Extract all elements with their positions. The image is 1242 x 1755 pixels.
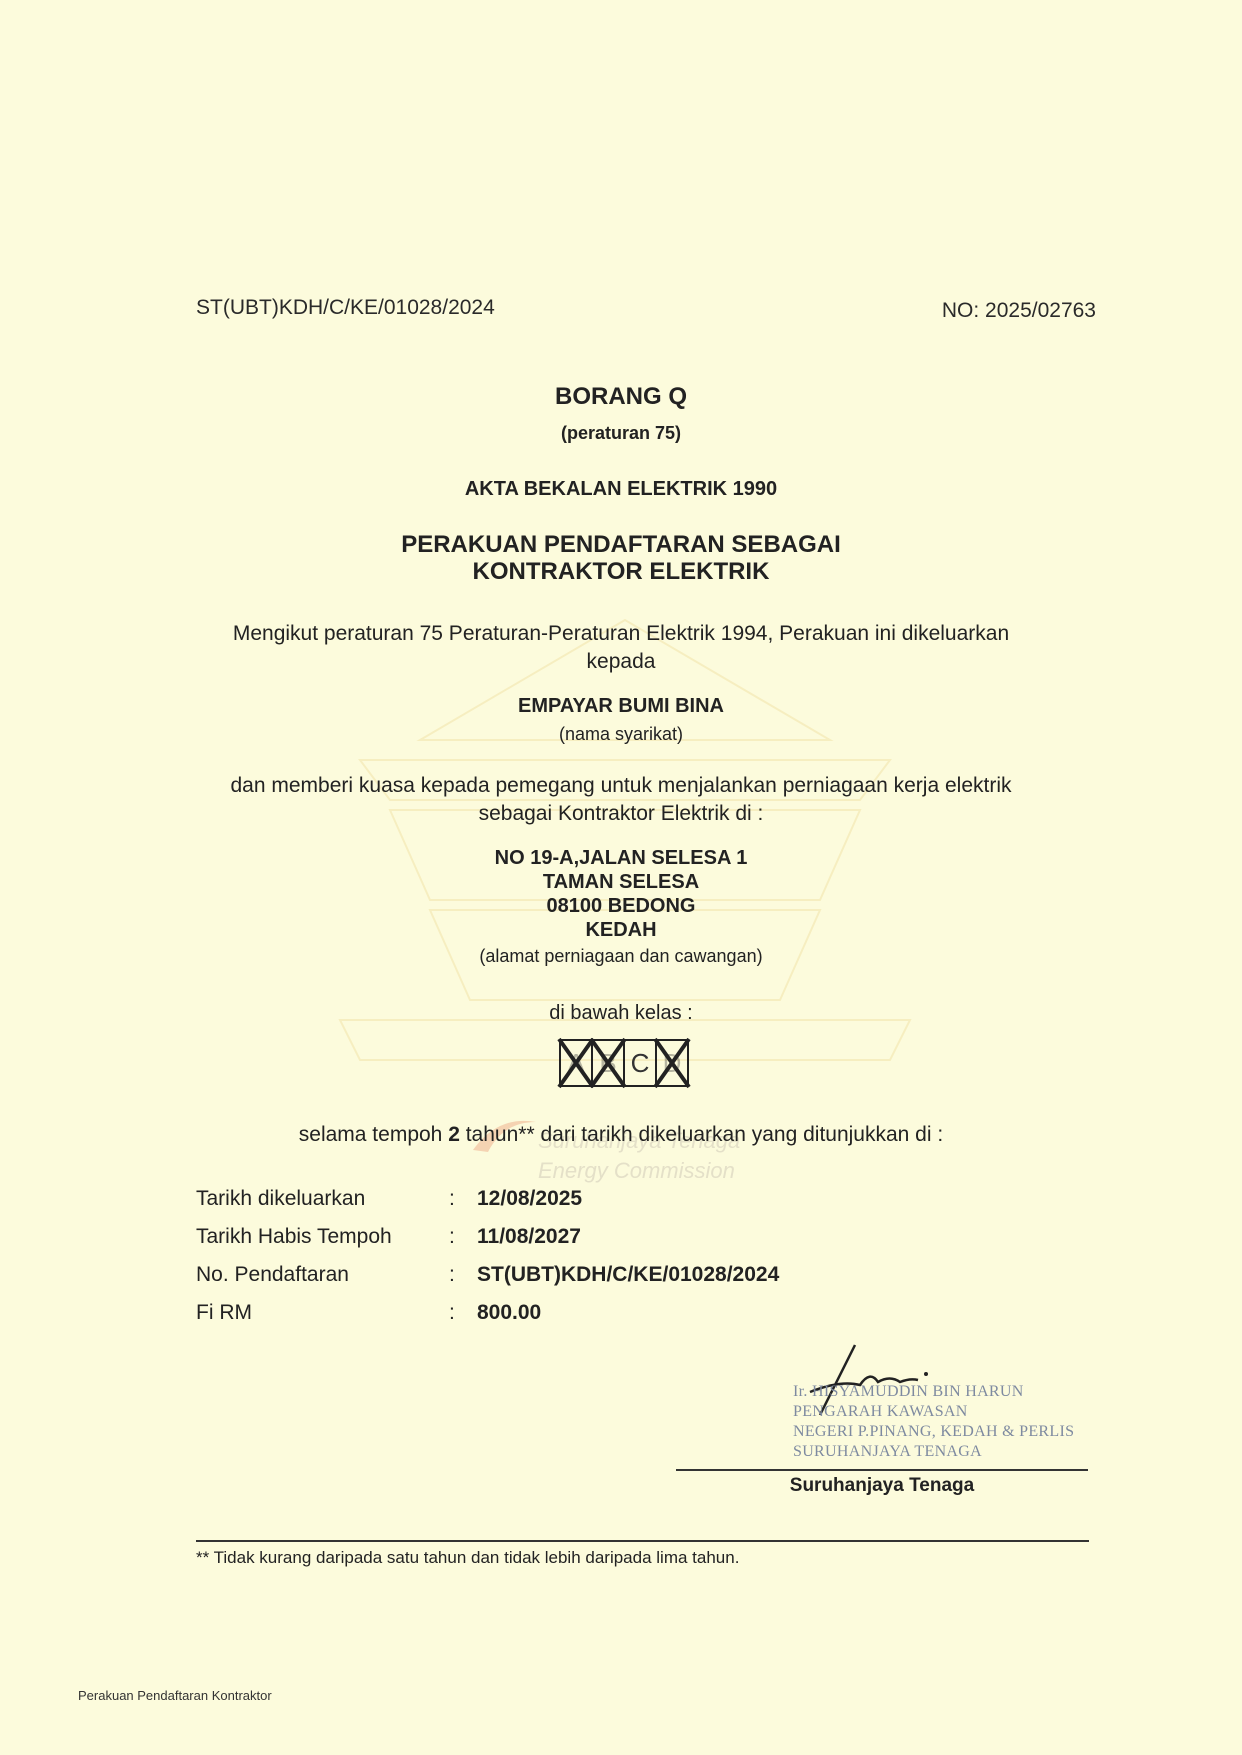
period-years: 2 (448, 1123, 460, 1146)
page-footer: Perakuan Pendaftaran Kontraktor (78, 1688, 272, 1703)
class-box-b: B (593, 1041, 625, 1085)
intro-line-2: kepada (0, 648, 1242, 676)
detail-value: 800.00 (477, 1301, 541, 1325)
detail-row-issue-date: Tarikh dikeluarkan : 12/08/2025 (196, 1180, 779, 1218)
business-address: NO 19-A,JALAN SELESA 1 TAMAN SELESA 0810… (0, 846, 1242, 942)
stamp-line: SURUHANJAYA TENAGA (793, 1442, 1074, 1462)
stamp-line: NEGERI P.PINANG, KEDAH & PERLIS (793, 1422, 1074, 1442)
period-suffix: tahun** dari tarikh dikeluarkan yang dit… (460, 1123, 943, 1146)
detail-row-fee: Fi RM : 800.00 (196, 1294, 779, 1332)
class-letter: C (631, 1048, 650, 1078)
act-title: AKTA BEKALAN ELEKTRIK 1990 (0, 478, 1242, 501)
address-line: TAMAN SELESA (0, 870, 1242, 894)
company-name: EMPAYAR BUMI BINA (0, 695, 1242, 718)
detail-value: 12/08/2025 (477, 1187, 582, 1211)
detail-colon: : (449, 1263, 477, 1287)
authorization-paragraph: dan memberi kuasa kepada pemegang untuk … (0, 772, 1242, 828)
intro-paragraph: Mengikut peraturan 75 Peraturan-Peratura… (0, 620, 1242, 676)
detail-colon: : (449, 1225, 477, 1249)
detail-colon: : (449, 1301, 477, 1325)
detail-value: 11/08/2027 (477, 1225, 581, 1249)
certificate-heading: PERAKUAN PENDAFTARAN SEBAGAI KONTRAKTOR … (0, 531, 1242, 585)
period-prefix: selama tempoh (299, 1123, 448, 1146)
cross-out-icon (589, 1037, 627, 1089)
detail-colon: : (449, 1187, 477, 1211)
cross-out-icon (653, 1037, 691, 1089)
intro-line-1: Mengikut peraturan 75 Peraturan-Peratura… (0, 620, 1242, 648)
auth-line-2: sebagai Kontraktor Elektrik di : (0, 800, 1242, 828)
address-line: KEDAH (0, 918, 1242, 942)
form-title: BORANG Q (0, 383, 1242, 411)
company-name-note: (nama syarikat) (0, 724, 1242, 745)
contractor-class-boxes: ABCD (0, 1039, 1242, 1087)
signatory-stamp: Ir. HISYAMUDDIN BIN HARUN PENGARAH KAWAS… (793, 1382, 1074, 1462)
detail-label: Tarikh dikeluarkan (196, 1187, 449, 1211)
detail-row-registration-no: No. Pendaftaran : ST(UBT)KDH/C/KE/01028/… (196, 1256, 779, 1294)
heading-line-1: PERAKUAN PENDAFTARAN SEBAGAI (0, 531, 1242, 558)
regulation-subtitle: (peraturan 75) (0, 423, 1242, 444)
detail-label: No. Pendaftaran (196, 1263, 449, 1287)
detail-row-expiry-date: Tarikh Habis Tempoh : 11/08/2027 (196, 1218, 779, 1256)
address-line: 08100 BEDONG (0, 894, 1242, 918)
address-line: NO 19-A,JALAN SELESA 1 (0, 846, 1242, 870)
auth-line-1: dan memberi kuasa kepada pemegang untuk … (0, 772, 1242, 800)
stamp-line: PENGARAH KAWASAN (793, 1402, 1074, 1422)
footnote-divider (196, 1540, 1089, 1542)
class-label: di bawah kelas : (0, 1002, 1242, 1025)
address-note: (alamat perniagaan dan cawangan) (0, 946, 1242, 967)
reference-number: ST(UBT)KDH/C/KE/01028/2024 (196, 296, 495, 320)
detail-label: Tarikh Habis Tempoh (196, 1225, 449, 1249)
certificate-details: Tarikh dikeluarkan : 12/08/2025 Tarikh H… (196, 1180, 779, 1332)
detail-label: Fi RM (196, 1301, 449, 1325)
certificate-number: NO: 2025/02763 (942, 299, 1096, 323)
heading-line-2: KONTRAKTOR ELEKTRIK (0, 558, 1242, 585)
signature-line (676, 1469, 1088, 1471)
footnote: ** Tidak kurang daripada satu tahun dan … (196, 1548, 739, 1568)
signatory-organization: Suruhanjaya Tenaga (676, 1475, 1088, 1497)
validity-period-text: selama tempoh 2 tahun** dari tarikh dike… (0, 1123, 1242, 1147)
detail-value: ST(UBT)KDH/C/KE/01028/2024 (477, 1263, 779, 1287)
stamp-line: Ir. HISYAMUDDIN BIN HARUN (793, 1382, 1074, 1402)
class-box-d: D (657, 1041, 687, 1085)
